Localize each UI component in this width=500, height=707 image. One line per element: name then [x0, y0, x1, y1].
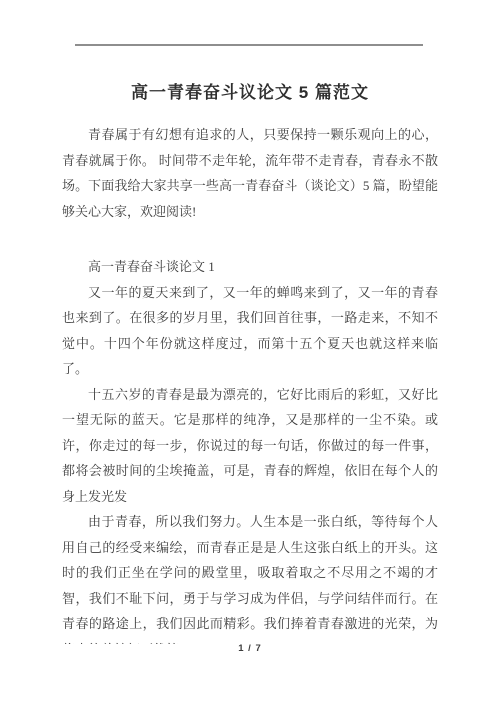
body-paragraph-1: 又一年的夏天来到了，又一年的蝉鸣来到了，又一年的青春也来到了。在很多的岁月里，我… — [62, 280, 438, 382]
intro-paragraph: 青春属于有幻想有追求的人，只要保持一颗乐观向上的心，青春就属于你。 时间带不走年… — [62, 122, 438, 224]
document-body: 青春属于有幻想有追求的人，只要保持一颗乐观向上的心，青春就属于你。 时间带不走年… — [62, 122, 438, 644]
document-title: 高一青春奋斗议论文 5 篇范文 — [0, 78, 500, 103]
body-paragraph-3: 由于青春，所以我们努力。人生本是一张白纸，等待每个人用自己的经受来编绘，而青春正… — [62, 509, 438, 644]
body-paragraph-2: 十五六岁的青春是最为漂亮的，它好比雨后的彩虹，又好比一望无际的蓝天。它是那样的纯… — [62, 382, 438, 510]
section-heading: 高一青春奋斗谈论文 1 — [62, 254, 438, 280]
page-number: 1 / 7 — [0, 643, 500, 654]
header-rule — [75, 44, 423, 46]
document-page: 高一青春奋斗议论文 5 篇范文 青春属于有幻想有追求的人，只要保持一颗乐观向上的… — [0, 0, 500, 707]
